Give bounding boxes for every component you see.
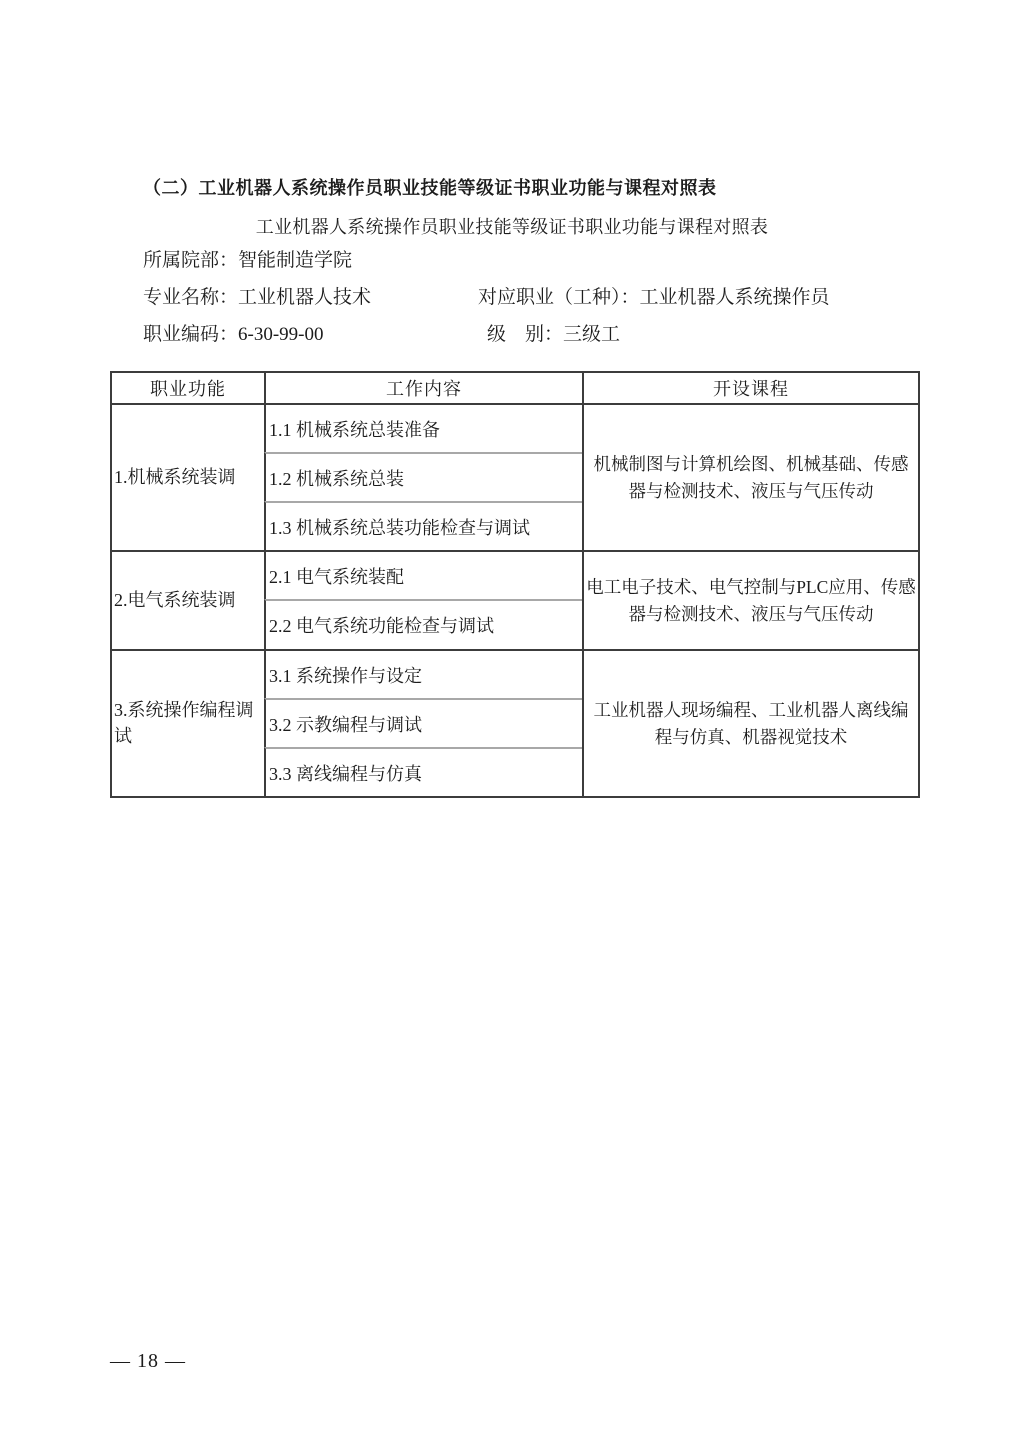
code-value: 6-30-99-00 xyxy=(238,324,323,345)
major-value: 工业机器人技术 xyxy=(238,287,371,308)
courses-cell: 机械制图与计算机绘图、机械基础、传感器与检测技术、液压与气压传动 xyxy=(582,403,918,550)
header-tasks: 工作内容 xyxy=(264,373,582,403)
task-cell: 1.3 机械系统总装功能检查与调试 xyxy=(264,501,582,550)
occupation-label: 对应职业（工种）： xyxy=(478,287,640,308)
task-cell: 3.3 离线编程与仿真 xyxy=(264,747,582,796)
header-function: 职业功能 xyxy=(112,373,264,403)
task-cell: 2.2 电气系统功能检查与调试 xyxy=(264,599,582,649)
occupation-line: 对应职业（工种）：工业机器人系统操作员 xyxy=(478,282,830,309)
department-value: 智能制造学院 xyxy=(238,250,352,271)
mapping-table: 职业功能 工作内容 开设课程 1.机械系统装调 1.1 机械系统总装准备 机械制… xyxy=(110,371,920,798)
function-cell: 1.机械系统装调 xyxy=(112,403,264,550)
function-cell: 2.电气系统装调 xyxy=(112,550,264,649)
level-value: 三级工 xyxy=(563,324,620,345)
section-heading: （二）工业机器人系统操作员职业技能等级证书职业功能与课程对照表 xyxy=(143,174,717,200)
table-title: 工业机器人系统操作员职业技能等级证书职业功能与课程对照表 xyxy=(0,213,1024,239)
major-label: 专业名称： xyxy=(143,287,238,308)
major-line: 专业名称：工业机器人技术 xyxy=(143,282,371,309)
task-cell: 2.1 电气系统装配 xyxy=(264,550,582,599)
courses-cell: 工业机器人现场编程、工业机器人离线编程与仿真、机器视觉技术 xyxy=(582,649,918,796)
department-line: 所属院部：智能制造学院 xyxy=(143,245,352,272)
department-label: 所属院部： xyxy=(143,250,238,271)
code-line: 职业编码：6-30-99-00 xyxy=(143,319,324,346)
document-page: （二）工业机器人系统操作员职业技能等级证书职业功能与课程对照表 工业机器人系统操… xyxy=(0,0,1024,1448)
header-courses: 开设课程 xyxy=(582,373,918,403)
code-label: 职业编码： xyxy=(143,324,238,345)
function-cell: 3.系统操作编程调试 xyxy=(112,649,264,796)
level-label: 级 别： xyxy=(487,324,563,345)
level-line: 级 别：三级工 xyxy=(487,319,620,346)
task-cell: 1.1 机械系统总装准备 xyxy=(264,403,582,452)
page-number: — 18 — xyxy=(110,1350,186,1373)
courses-cell: 电工电子技术、电气控制与PLC应用、传感器与检测技术、液压与气压传动 xyxy=(582,550,918,649)
task-cell: 3.2 示教编程与调试 xyxy=(264,698,582,747)
occupation-value: 工业机器人系统操作员 xyxy=(640,287,830,308)
task-cell: 3.1 系统操作与设定 xyxy=(264,649,582,698)
task-cell: 1.2 机械系统总装 xyxy=(264,452,582,501)
